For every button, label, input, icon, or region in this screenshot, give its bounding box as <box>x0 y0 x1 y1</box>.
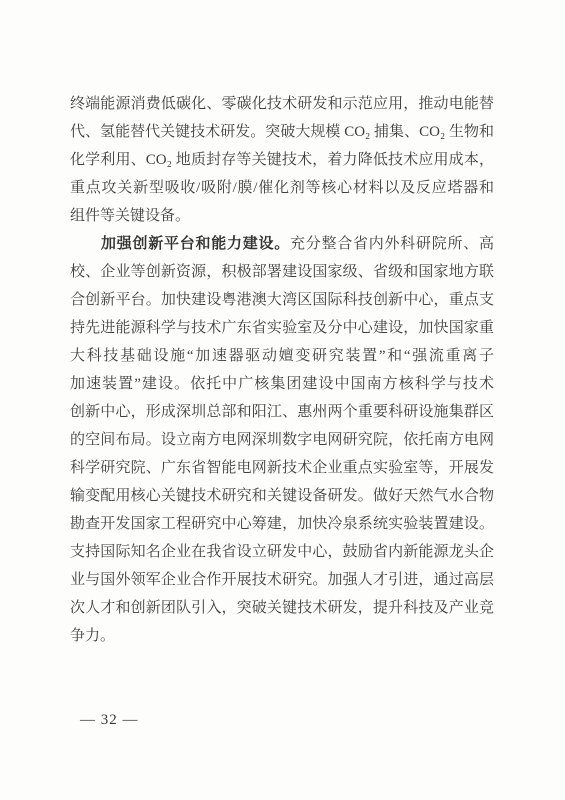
text-segment: 充分整合省内外科研院所、高 <box>290 236 494 252</box>
text-line: 加速装置”建设。依托中广核集团建设中国南方核科学与技术 <box>70 370 494 398</box>
text-line: 输变配用核心关键技术研究和关键设备研发。做好天然气水合物 <box>70 482 494 510</box>
text-line: 争力。 <box>70 622 494 650</box>
page-number: — 32 — <box>80 706 139 734</box>
document-page: 终端能源消费低碳化、零碳化技术研发和示范应用，推动电能替代、氢能替代关键技术研发… <box>0 0 565 800</box>
text-segment: 勘查开发国家工程研究中心筹建，加快冷泉系统实验装置建设。 <box>70 516 494 532</box>
text-line: 校、企业等创新资源，积极部署建设国家级、省级和国家地方联 <box>70 258 494 286</box>
bold-text-segment: 加强创新平台和能力建设。 <box>101 236 290 252</box>
text-line: 业与国外领军企业合作开展技术研究。加强人才引进，通过高层 <box>70 566 494 594</box>
text-segment: 输变配用核心关键技术研究和关键设备研发。做好天然气水合物 <box>70 488 494 504</box>
text-line: 大科技基础设施“加速器驱动嬗变研究装置”和“强流重离子 <box>70 342 494 370</box>
text-line: 重点攻关新型吸收/吸附/膜/催化剂等核心材料以及反应塔器和 <box>70 174 494 202</box>
text-line: 科学研究院、广东省智能电网新技术企业重点实验室等，开展发 <box>70 454 494 482</box>
text-line: 加强创新平台和能力建设。充分整合省内外科研院所、高 <box>70 230 494 258</box>
text-segment: 组件等关键设备。 <box>70 208 190 224</box>
text-line: 创新中心，形成深圳总部和阳江、惠州两个重要科研设施集群区 <box>70 398 494 426</box>
text-line: 支持国际知名企业在我省设立研发中心，鼓励省内新能源龙头企 <box>70 538 494 566</box>
text-segment: 代、氢能替代关键技术研发。突破大规模 CO₂ 捕集、CO₂ 生物和 <box>70 124 494 140</box>
text-segment: 合创新平台。加快建设粤港澳大湾区国际科技创新中心，重点支 <box>70 292 494 308</box>
text-line: 合创新平台。加快建设粤港澳大湾区国际科技创新中心，重点支 <box>70 286 494 314</box>
text-segment: 化学利用、CO₂ 地质封存等关键技术，着力降低技术应用成本， <box>70 152 494 168</box>
text-line: 组件等关键设备。 <box>70 202 494 230</box>
text-line: 持先进能源科学与技术广东省实验室及分中心建设，加快国家重 <box>70 314 494 342</box>
text-segment: 次人才和创新团队引入，突破关键技术研发，提升科技及产业竞 <box>70 600 494 616</box>
text-segment: 重点攻关新型吸收/吸附/膜/催化剂等核心材料以及反应塔器和 <box>70 180 494 196</box>
text-segment: 支持国际知名企业在我省设立研发中心，鼓励省内新能源龙头企 <box>70 544 494 560</box>
text-segment: 持先进能源科学与技术广东省实验室及分中心建设，加快国家重 <box>70 320 494 336</box>
text-line: 化学利用、CO₂ 地质封存等关键技术，着力降低技术应用成本， <box>70 146 494 174</box>
text-line: 次人才和创新团队引入，突破关键技术研发，提升科技及产业竞 <box>70 594 494 622</box>
text-line: 勘查开发国家工程研究中心筹建，加快冷泉系统实验装置建设。 <box>70 510 494 538</box>
text-segment: 争力。 <box>70 628 115 644</box>
text-segment: 终端能源消费低碳化、零碳化技术研发和示范应用，推动电能替 <box>70 96 494 112</box>
text-segment: 校、企业等创新资源，积极部署建设国家级、省级和国家地方联 <box>70 264 494 280</box>
text-segment: 大科技基础设施“加速器驱动嬗变研究装置”和“强流重离子 <box>70 348 494 364</box>
text-segment: 加速装置”建设。依托中广核集团建设中国南方核科学与技术 <box>70 376 494 392</box>
text-line: 终端能源消费低碳化、零碳化技术研发和示范应用，推动电能替 <box>70 90 494 118</box>
document-body: 终端能源消费低碳化、零碳化技术研发和示范应用，推动电能替代、氢能替代关键技术研发… <box>70 90 494 650</box>
text-segment: 业与国外领军企业合作开展技术研究。加强人才引进，通过高层 <box>70 572 494 588</box>
text-line: 的空间布局。设立南方电网深圳数字电网研究院，依托南方电网 <box>70 426 494 454</box>
text-segment: 创新中心，形成深圳总部和阳江、惠州两个重要科研设施集群区 <box>70 404 494 420</box>
text-segment: 的空间布局。设立南方电网深圳数字电网研究院，依托南方电网 <box>70 432 494 448</box>
text-line: 代、氢能替代关键技术研发。突破大规模 CO₂ 捕集、CO₂ 生物和 <box>70 118 494 146</box>
text-segment: 科学研究院、广东省智能电网新技术企业重点实验室等，开展发 <box>70 460 494 476</box>
